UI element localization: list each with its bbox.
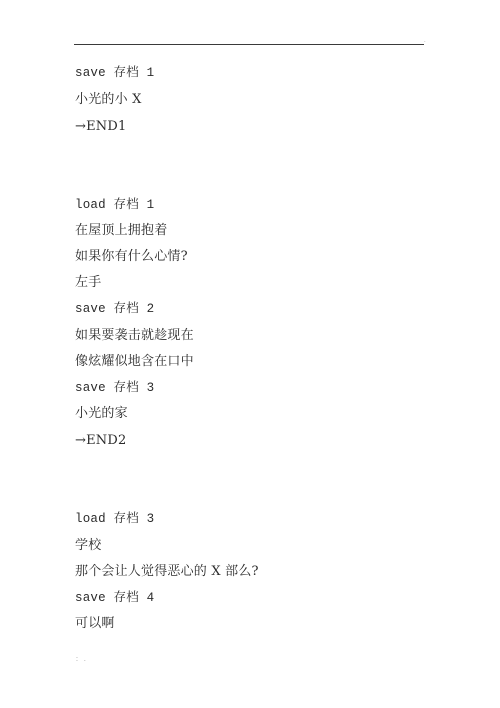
header-rule [74,44,424,45]
text-line: 可以啊 [75,616,115,632]
text-line: 左手 [75,275,101,291]
save-command-line: save 存档 2 [75,301,154,317]
text-line: 那个会让人觉得恶心的 X 部么? [75,564,259,580]
save-command-line: save 存档 4 [75,590,154,606]
text-line: 在屋顶上拥抱着 [75,223,167,239]
text-line: 如果要袭击就趁现在 [75,328,194,344]
load-command-line: load 存档 1 [75,197,154,213]
ending-line: →END1 [75,119,126,135]
load-command-line: load 存档 3 [75,511,154,527]
text-line: 小光的小 X [75,92,142,108]
ending-line: →END2 [75,433,126,449]
footer-mark: : . [76,656,88,663]
text-line: 如果你有什么心情? [75,249,188,265]
text-line: 学校 [75,538,101,554]
text-line: 像炫耀似地含在口中 [75,354,194,370]
header-mark: . [424,38,426,44]
save-command-line: save 存档 3 [75,380,154,396]
text-line: 小光的家 [75,406,128,422]
save-command-line: save 存档 1 [75,65,154,81]
